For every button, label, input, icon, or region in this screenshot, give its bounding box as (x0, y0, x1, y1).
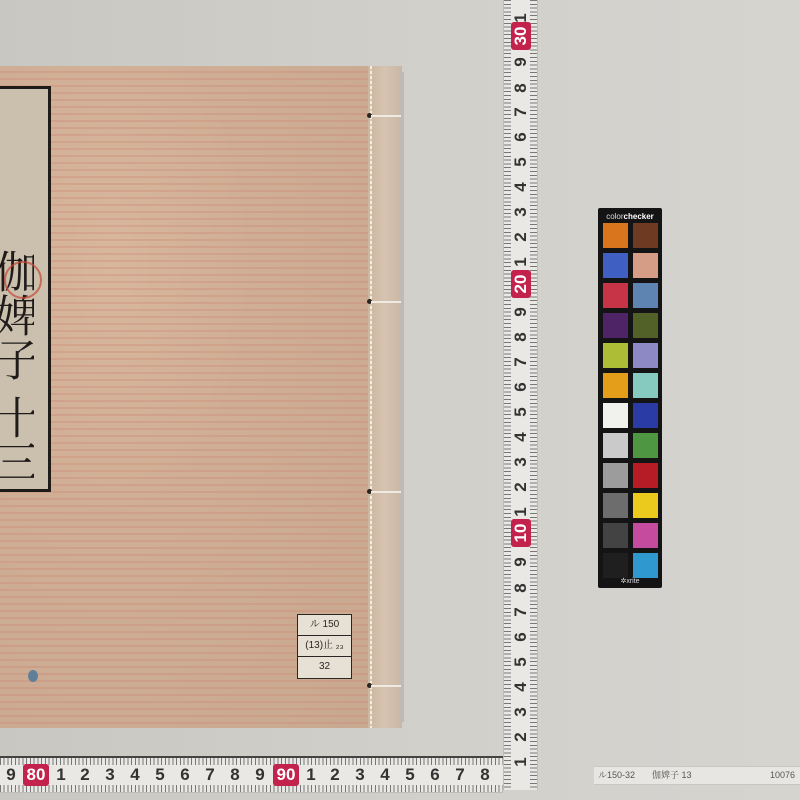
caption-strip: ル150-32 伽婢子 13 10076 (594, 766, 800, 785)
ruler-mark: 20 (511, 270, 531, 298)
color-patch (633, 223, 658, 248)
binding-stitch-3 (371, 491, 401, 493)
vertical-ruler: 1309876543212098765432110987654321 (503, 0, 538, 790)
ruler-mark: 7 (201, 764, 219, 786)
ruler-mark: 2 (76, 764, 94, 786)
ruler-mark: 30 (511, 22, 531, 50)
xrite-logo: ✲xrite (598, 577, 662, 585)
ruler-mark: 2 (326, 764, 344, 786)
ruler-mark: 2 (511, 478, 531, 496)
ruler-mark: 5 (511, 153, 531, 171)
color-patch (633, 283, 658, 308)
ruler-mark: 5 (401, 764, 419, 786)
book-edge (400, 72, 404, 722)
ruler-mark: 9 (251, 764, 269, 786)
caption-id: 10076 (770, 767, 795, 784)
ruler-mark: 2 (511, 728, 531, 746)
ruler-mark: 8 (511, 579, 531, 597)
color-patch (633, 253, 658, 278)
color-patch (603, 493, 628, 518)
ruler-mark: 3 (511, 703, 531, 721)
ruler-mark: 80 (23, 764, 49, 786)
color-patch (603, 523, 628, 548)
ruler-mark: 7 (511, 603, 531, 621)
color-patch (633, 313, 658, 338)
caption-title: 伽婢子 13 (652, 767, 692, 784)
binding-stitch-1 (371, 115, 401, 117)
binding-stitch-4 (371, 685, 401, 687)
label-row-volume: (13)止 ₂₃ (298, 636, 351, 657)
label-row-number: 32 (298, 657, 351, 677)
ruler-mark: 9 (2, 764, 20, 786)
ruler-mark: 4 (126, 764, 144, 786)
color-checker-brand: colorchecker (598, 212, 662, 221)
ruler-mark: 90 (273, 764, 299, 786)
ruler-mark: 8 (511, 328, 531, 346)
title-slip: 伽婢子 十三 (0, 86, 51, 492)
color-patch (603, 283, 628, 308)
ruler-mark: 8 (476, 764, 494, 786)
color-patch (633, 373, 658, 398)
color-patch (603, 253, 628, 278)
color-patch (603, 223, 628, 248)
red-seal-stamp (4, 261, 42, 299)
ruler-mark: 9 (511, 553, 531, 571)
color-patch (633, 463, 658, 488)
ruler-mark: 5 (151, 764, 169, 786)
ink-spot (28, 670, 38, 682)
color-patch (603, 433, 628, 458)
ruler-mark: 5 (511, 403, 531, 421)
color-patch (603, 403, 628, 428)
ruler-mark: 4 (511, 678, 531, 696)
caption-call-number: ル150-32 (598, 767, 635, 784)
color-patch (633, 553, 658, 578)
ruler-mark: 6 (511, 128, 531, 146)
color-patch (603, 373, 628, 398)
color-patch (633, 433, 658, 458)
label-row-call-number: ル 150 (298, 615, 351, 636)
ruler-mark: 9 (511, 53, 531, 71)
binding-stitch-2 (371, 301, 401, 303)
ruler-mark: 6 (511, 628, 531, 646)
ruler-mark: 6 (426, 764, 444, 786)
ruler-mark: 6 (511, 378, 531, 396)
color-patch (633, 493, 658, 518)
ruler-mark: 4 (376, 764, 394, 786)
color-checker-card: colorchecker ✲xrite (598, 208, 662, 588)
ruler-mark: 7 (511, 353, 531, 371)
ruler-mark: 4 (511, 178, 531, 196)
ruler-mark: 3 (511, 453, 531, 471)
color-patch (603, 553, 628, 578)
ruler-mark: 3 (511, 203, 531, 221)
color-patch (603, 463, 628, 488)
ruler-mark: 1 (302, 764, 320, 786)
library-label-sticker: ル 150 (13)止 ₂₃ 32 (297, 614, 352, 679)
ruler-mark: 1 (52, 764, 70, 786)
ruler-mark: 4 (511, 428, 531, 446)
color-patch (633, 523, 658, 548)
ruler-mark: 7 (451, 764, 469, 786)
color-patch (633, 403, 658, 428)
color-patch (633, 343, 658, 368)
ruler-mark: 7 (511, 103, 531, 121)
ruler-mark: 9 (511, 303, 531, 321)
ruler-mark: 5 (511, 653, 531, 671)
ruler-mark: 8 (226, 764, 244, 786)
book-spine (368, 66, 402, 728)
ruler-mark: 2 (511, 228, 531, 246)
ruler-mark: 8 (511, 79, 531, 97)
ruler-mark: 10 (511, 519, 531, 547)
color-patch (603, 313, 628, 338)
ruler-mark: 6 (176, 764, 194, 786)
ruler-mark: 3 (101, 764, 119, 786)
color-patch (603, 343, 628, 368)
ruler-mark: 3 (351, 764, 369, 786)
horizontal-ruler: 9801234567899012345678 (0, 756, 503, 793)
ruler-mark: 1 (511, 253, 531, 271)
book: 伽婢子 十三 ル 150 (13)止 ₂₃ 32 (0, 66, 400, 728)
binding-thread (370, 66, 372, 728)
ruler-mark: 1 (511, 753, 531, 771)
